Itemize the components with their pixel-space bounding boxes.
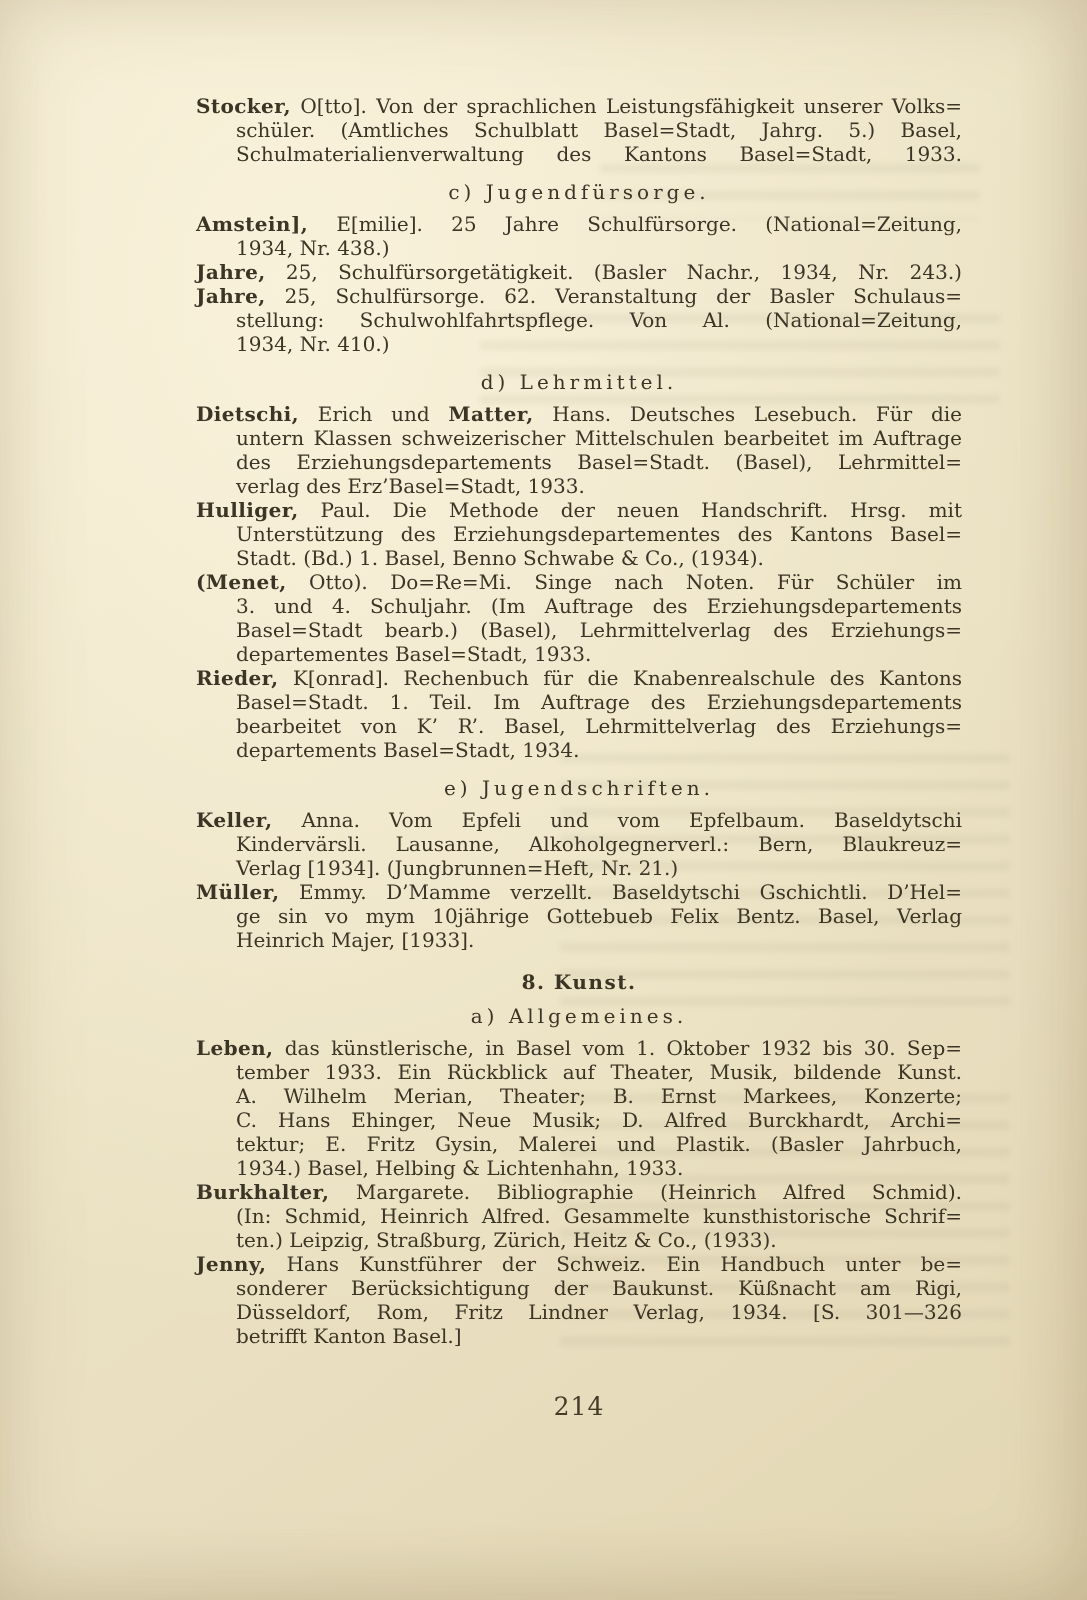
entry-text: Hans. Deutsches Lesebuch. Für die bbox=[534, 402, 962, 426]
author-name: Jenny, bbox=[196, 1252, 266, 1276]
author-name: Jahre, bbox=[196, 284, 266, 308]
entry-text: das künstlerische, in Basel vom 1. Oktob… bbox=[273, 1036, 962, 1060]
entry-text: Anna. Vom Epfeli und vom Epfelbaum. Base… bbox=[272, 808, 962, 832]
bibliography-text-block: Stocker, O[tto]. Von der sprachlichen Le… bbox=[196, 94, 962, 1348]
author-name: Keller, bbox=[196, 808, 272, 832]
entry-line: verlag des Erz’Basel=Stadt, 1933. bbox=[196, 474, 962, 498]
entry-text: Emmy. D’Mamme verzellt. Baseldytschi Gsc… bbox=[279, 880, 962, 904]
entry-line: ten.) Leipzig, Straßburg, Zürich, Heitz … bbox=[196, 1228, 962, 1252]
entry-line: Burkhalter, Margarete. Bibliographie (He… bbox=[196, 1180, 962, 1204]
section-heading: 8. Kunst. bbox=[196, 970, 962, 994]
entry-text: stellung: Schulwohlfahrtspflege. Von Al.… bbox=[236, 308, 962, 332]
section-heading: a) Allgemeines. bbox=[196, 1004, 962, 1028]
author-name: Müller, bbox=[196, 880, 279, 904]
bibliography-entry: Keller, Anna. Vom Epfeli und vom Epfelba… bbox=[196, 808, 962, 880]
bibliography-entry: (Menet, Otto). Do=Re=Mi. Singe nach Note… bbox=[196, 570, 962, 666]
entry-line: (Menet, Otto). Do=Re=Mi. Singe nach Note… bbox=[196, 570, 962, 594]
entry-text: verlag des Erz’Basel=Stadt, 1933. bbox=[236, 474, 585, 498]
entry-line: Dietschi, Erich und Matter, Hans. Deutsc… bbox=[196, 402, 962, 426]
bibliography-entry: Jahre, 25, Schulfürsorgetätigkeit. (Basl… bbox=[196, 260, 962, 284]
entry-text: A. Wilhelm Merian, Theater; B. Ernst Mar… bbox=[236, 1084, 962, 1108]
entry-line: Heinrich Majer, [1933]. bbox=[196, 928, 962, 952]
entry-text: 25, Schulfürsorgetätigkeit. (Basler Nach… bbox=[266, 260, 962, 284]
entry-text: Stadt. (Bd.) 1. Basel, Benno Schwabe & C… bbox=[236, 546, 764, 570]
entry-text: tektur; E. Fritz Gysin, Malerei und Plas… bbox=[236, 1132, 962, 1156]
bibliography-entry: Jenny, Hans Kunstführer der Schweiz. Ein… bbox=[196, 1252, 962, 1348]
author-name: Amstein], bbox=[196, 212, 308, 236]
bibliography-entry: Rieder, K[onrad]. Rechenbuch für die Kna… bbox=[196, 666, 962, 762]
entry-line: Verlag [1934]. (Jungbrunnen=Heft, Nr. 21… bbox=[196, 856, 962, 880]
bibliography-entry: Jahre, 25, Schulfürsorge. 62. Veranstalt… bbox=[196, 284, 962, 356]
entry-text: Verlag [1934]. (Jungbrunnen=Heft, Nr. 21… bbox=[236, 856, 678, 880]
entry-line: Hulliger, Paul. Die Methode der neuen Ha… bbox=[196, 498, 962, 522]
section-heading: d) Lehrmittel. bbox=[196, 370, 962, 394]
entry-line: bearbeitet von K’ R’. Basel, Lehrmittelv… bbox=[196, 714, 962, 738]
bibliography-entry: Leben, das künstlerische, in Basel vom 1… bbox=[196, 1036, 962, 1180]
entry-line: stellung: Schulwohlfahrtspflege. Von Al.… bbox=[196, 308, 962, 332]
entry-line: Amstein], E[milie]. 25 Jahre Schulfürsor… bbox=[196, 212, 962, 236]
entry-text: 1934, Nr. 438.) bbox=[236, 236, 390, 260]
bibliography-entry: Burkhalter, Margarete. Bibliographie (He… bbox=[196, 1180, 962, 1252]
entry-text: Hans Kunstführer der Schweiz. Ein Handbu… bbox=[266, 1252, 962, 1276]
entry-line: Kindervärsli. Lausanne, Alkoholgegnerver… bbox=[196, 832, 962, 856]
entry-line: Jahre, 25, Schulfürsorgetätigkeit. (Basl… bbox=[196, 260, 962, 284]
author-name: Matter, bbox=[448, 402, 533, 426]
entry-line: Müller, Emmy. D’Mamme verzellt. Baseldyt… bbox=[196, 880, 962, 904]
bibliography-entry: Hulliger, Paul. Die Methode der neuen Ha… bbox=[196, 498, 962, 570]
section-heading: c) Jugendfürsorge. bbox=[196, 180, 962, 204]
bibliography-entry: Amstein], E[milie]. 25 Jahre Schulfürsor… bbox=[196, 212, 962, 260]
entry-text: departements Basel=Stadt, 1934. bbox=[236, 738, 580, 762]
author-name: Burkhalter, bbox=[196, 1180, 329, 1204]
entry-line: Unterstützung des Erziehungsdepartemente… bbox=[196, 522, 962, 546]
entry-text: 3. und 4. Schuljahr. (Im Auftrage des Er… bbox=[236, 594, 962, 618]
entry-text: C. Hans Ehinger, Neue Musik; D. Alfred B… bbox=[236, 1108, 962, 1132]
entry-line: Stadt. (Bd.) 1. Basel, Benno Schwabe & C… bbox=[196, 546, 962, 570]
entry-text: sonderer Berücksichtigung der Baukunst. … bbox=[236, 1276, 962, 1300]
scanned-book-page: Stocker, O[tto]. Von der sprachlichen Le… bbox=[0, 0, 1087, 1600]
entry-text: Düsseldorf, Rom, Fritz Lindner Verlag, 1… bbox=[236, 1300, 962, 1324]
author-name: Hulliger, bbox=[196, 498, 299, 522]
bibliography-entry: Stocker, O[tto]. Von der sprachlichen Le… bbox=[196, 94, 962, 166]
entry-text: ten.) Leipzig, Straßburg, Zürich, Heitz … bbox=[236, 1228, 777, 1252]
entry-line: Rieder, K[onrad]. Rechenbuch für die Kna… bbox=[196, 666, 962, 690]
entry-text: 25, Schulfürsorge. 62. Veranstaltung der… bbox=[266, 284, 962, 308]
entry-line: Basel=Stadt bearb.) (Basel), Lehrmittelv… bbox=[196, 618, 962, 642]
author-name: Jahre, bbox=[196, 260, 266, 284]
entry-text: Basel=Stadt. 1. Teil. Im Auftrage des Er… bbox=[236, 690, 962, 714]
entry-line: Stocker, O[tto]. Von der sprachlichen Le… bbox=[196, 94, 962, 118]
entry-line: 1934.) Basel, Helbing & Lichtenhahn, 193… bbox=[196, 1156, 962, 1180]
page-number: 214 bbox=[196, 1392, 962, 1421]
section-heading: e) Jugendschriften. bbox=[196, 776, 962, 800]
entry-text: Paul. Die Methode der neuen Handschrift.… bbox=[299, 498, 962, 522]
bibliography-entry: Müller, Emmy. D’Mamme verzellt. Baseldyt… bbox=[196, 880, 962, 952]
entry-line: (In: Schmid, Heinrich Alfred. Gesammelte… bbox=[196, 1204, 962, 1228]
entry-text: untern Klassen schweizerischer Mittelsch… bbox=[236, 426, 962, 450]
entry-line: tektur; E. Fritz Gysin, Malerei und Plas… bbox=[196, 1132, 962, 1156]
entry-line: schüler. (Amtliches Schulblatt Basel=Sta… bbox=[196, 118, 962, 142]
entry-line: Jahre, 25, Schulfürsorge. 62. Veranstalt… bbox=[196, 284, 962, 308]
entry-line: Basel=Stadt. 1. Teil. Im Auftrage des Er… bbox=[196, 690, 962, 714]
entry-line: des Erziehungsdepartements Basel=Stadt. … bbox=[196, 450, 962, 474]
entry-line: Leben, das künstlerische, in Basel vom 1… bbox=[196, 1036, 962, 1060]
entry-text: E[milie]. 25 Jahre Schulfürsorge. (Natio… bbox=[308, 212, 962, 236]
entry-text: O[tto]. Von der sprachlichen Leistungsfä… bbox=[291, 94, 962, 118]
entry-text: Unterstützung des Erziehungsdepartemente… bbox=[236, 522, 962, 546]
author-name: Rieder, bbox=[196, 666, 279, 690]
entry-text: betrifft Kanton Basel.] bbox=[236, 1324, 462, 1348]
author-name: (Menet, bbox=[196, 570, 287, 594]
entry-line: ge sin vo mym 10jährige Gottebueb Felix … bbox=[196, 904, 962, 928]
entry-text: des Erziehungsdepartements Basel=Stadt. … bbox=[236, 450, 962, 474]
entry-text: Basel=Stadt bearb.) (Basel), Lehrmittelv… bbox=[236, 618, 962, 642]
entry-text: schüler. (Amtliches Schulblatt Basel=Sta… bbox=[236, 118, 962, 142]
entry-line: 3. und 4. Schuljahr. (Im Auftrage des Er… bbox=[196, 594, 962, 618]
entry-line: tember 1933. Ein Rückblick auf Theater, … bbox=[196, 1060, 962, 1084]
entry-line: C. Hans Ehinger, Neue Musik; D. Alfred B… bbox=[196, 1108, 962, 1132]
author-name: Dietschi, bbox=[196, 402, 299, 426]
author-name: Leben, bbox=[196, 1036, 273, 1060]
author-name: Stocker, bbox=[196, 94, 291, 118]
entry-text: bearbeitet von K’ R’. Basel, Lehrmittelv… bbox=[236, 714, 962, 738]
entry-text: Schulmaterialienverwaltung des Kantons B… bbox=[236, 142, 962, 166]
entry-line: Keller, Anna. Vom Epfeli und vom Epfelba… bbox=[196, 808, 962, 832]
entry-line: Schulmaterialienverwaltung des Kantons B… bbox=[196, 142, 962, 166]
entry-text: ge sin vo mym 10jährige Gottebueb Felix … bbox=[236, 904, 962, 928]
entry-text: K[onrad]. Rechenbuch für die Knabenreals… bbox=[279, 666, 963, 690]
entry-text: tember 1933. Ein Rückblick auf Theater, … bbox=[236, 1060, 962, 1084]
entry-line: 1934, Nr. 410.) bbox=[196, 332, 962, 356]
entry-line: untern Klassen schweizerischer Mittelsch… bbox=[196, 426, 962, 450]
entry-text: 1934, Nr. 410.) bbox=[236, 332, 390, 356]
entry-text: Erich und bbox=[299, 402, 448, 426]
entry-text: departementes Basel=Stadt, 1933. bbox=[236, 642, 591, 666]
entry-line: betrifft Kanton Basel.] bbox=[196, 1324, 962, 1348]
entry-line: sonderer Berücksichtigung der Baukunst. … bbox=[196, 1276, 962, 1300]
entry-text: 1934.) Basel, Helbing & Lichtenhahn, 193… bbox=[236, 1156, 683, 1180]
entry-text: Kindervärsli. Lausanne, Alkoholgegnerver… bbox=[236, 832, 962, 856]
entry-line: A. Wilhelm Merian, Theater; B. Ernst Mar… bbox=[196, 1084, 962, 1108]
entry-line: Jenny, Hans Kunstführer der Schweiz. Ein… bbox=[196, 1252, 962, 1276]
entry-line: 1934, Nr. 438.) bbox=[196, 236, 962, 260]
entry-text: Heinrich Majer, [1933]. bbox=[236, 928, 474, 952]
entry-line: departementes Basel=Stadt, 1933. bbox=[196, 642, 962, 666]
entry-line: Düsseldorf, Rom, Fritz Lindner Verlag, 1… bbox=[196, 1300, 962, 1324]
entry-text: Otto). Do=Re=Mi. Singe nach Noten. Für S… bbox=[287, 570, 962, 594]
entry-line: departements Basel=Stadt, 1934. bbox=[196, 738, 962, 762]
entry-text: Margarete. Bibliographie (Heinrich Alfre… bbox=[329, 1180, 962, 1204]
bibliography-entry: Dietschi, Erich und Matter, Hans. Deutsc… bbox=[196, 402, 962, 498]
entry-text: (In: Schmid, Heinrich Alfred. Gesammelte… bbox=[236, 1204, 962, 1228]
